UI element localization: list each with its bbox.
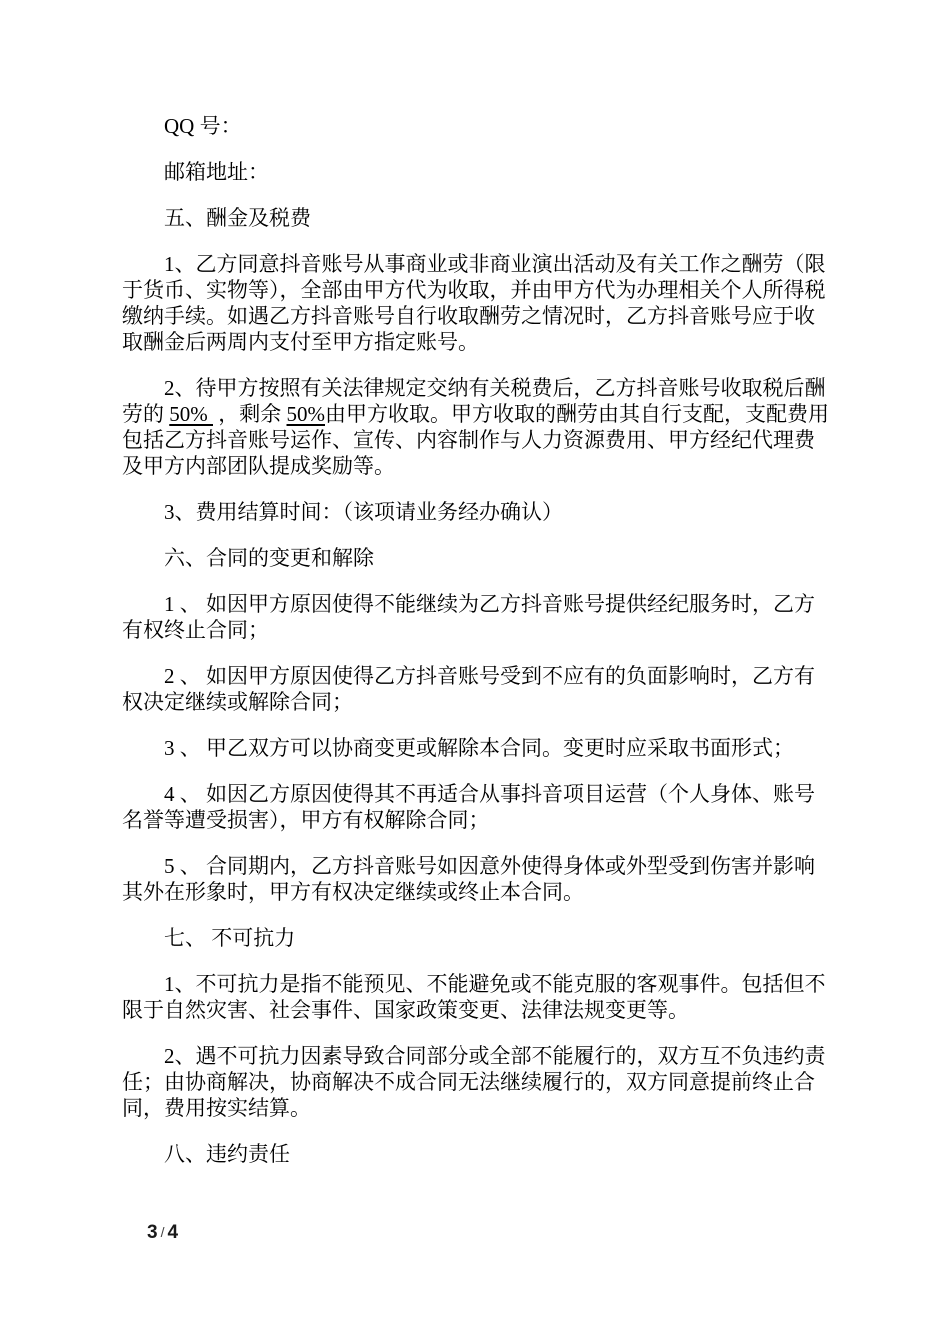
clause-remuneration-1: 1、乙方同意抖音账号从事商业或非商业演出活动及有关工作之酬劳（限于货币、实物等）… — [122, 251, 830, 355]
email-address-field: 邮箱地址： — [122, 159, 830, 185]
section-heading-remuneration: 五、酬金及税费 — [122, 205, 830, 231]
clause-force-majeure-2: 2、遇不可抗力因素导致合同部分或全部不能履行的，双方互不负违约责任；由协商解决，… — [122, 1043, 830, 1121]
clause-remuneration-2: 2、待甲方按照有关法律规定交纳有关税费后，乙方抖音账号收取税后酬劳的 50% ，… — [122, 375, 830, 479]
document-body: QQ 号： 邮箱地址： 五、酬金及税费 1、乙方同意抖音账号从事商业或非商业演出… — [122, 113, 830, 1187]
clause-modification-2: 2 、 如因甲方原因使得乙方抖音账号受到不应有的负面影响时，乙方有权决定继续或解… — [122, 663, 830, 715]
page-separator: / — [161, 1224, 166, 1240]
total-page-number: 4 — [167, 1222, 179, 1243]
underlined-percent-party-b: 50% — [169, 402, 213, 426]
section-heading-breach: 八、违约责任 — [122, 1141, 830, 1167]
clause-modification-1: 1 、 如因甲方原因使得不能继续为乙方抖音账号提供经纪服务时，乙方有权终止合同； — [122, 591, 830, 643]
clause-modification-5: 5 、 合同期内，乙方抖音账号如因意外使得身体或外型受到伤害并影响其外在形象时，… — [122, 853, 830, 905]
clause-settlement-time: 3、费用结算时间：（该项请业务经办确认） — [122, 499, 830, 525]
clause-force-majeure-1: 1、不可抗力是指不能预见、不能避免或不能克服的客观事件。包括但不限于自然灾害、社… — [122, 971, 830, 1023]
contract-document-page: QQ 号： 邮箱地址： 五、酬金及税费 1、乙方同意抖音账号从事商业或非商业演出… — [0, 0, 950, 1344]
qq-number-field: QQ 号： — [122, 113, 830, 139]
underlined-percent-party-a: 50% — [287, 402, 326, 426]
page-number-footer: 3/4 — [147, 1222, 179, 1244]
clause-modification-4: 4 、 如因乙方原因使得其不再适合从事抖音项目运营（个人身体、账号名誉等遭受损害… — [122, 781, 830, 833]
section-heading-force-majeure: 七、 不可抗力 — [122, 925, 830, 951]
clause-modification-3: 3 、 甲乙双方可以协商变更或解除本合同。变更时应采取书面形式； — [122, 735, 830, 761]
current-page-number: 3 — [147, 1222, 159, 1243]
section-heading-modification: 六、合同的变更和解除 — [122, 545, 830, 571]
clause-remuneration-2-text-mid: ，剩余 — [213, 402, 287, 426]
